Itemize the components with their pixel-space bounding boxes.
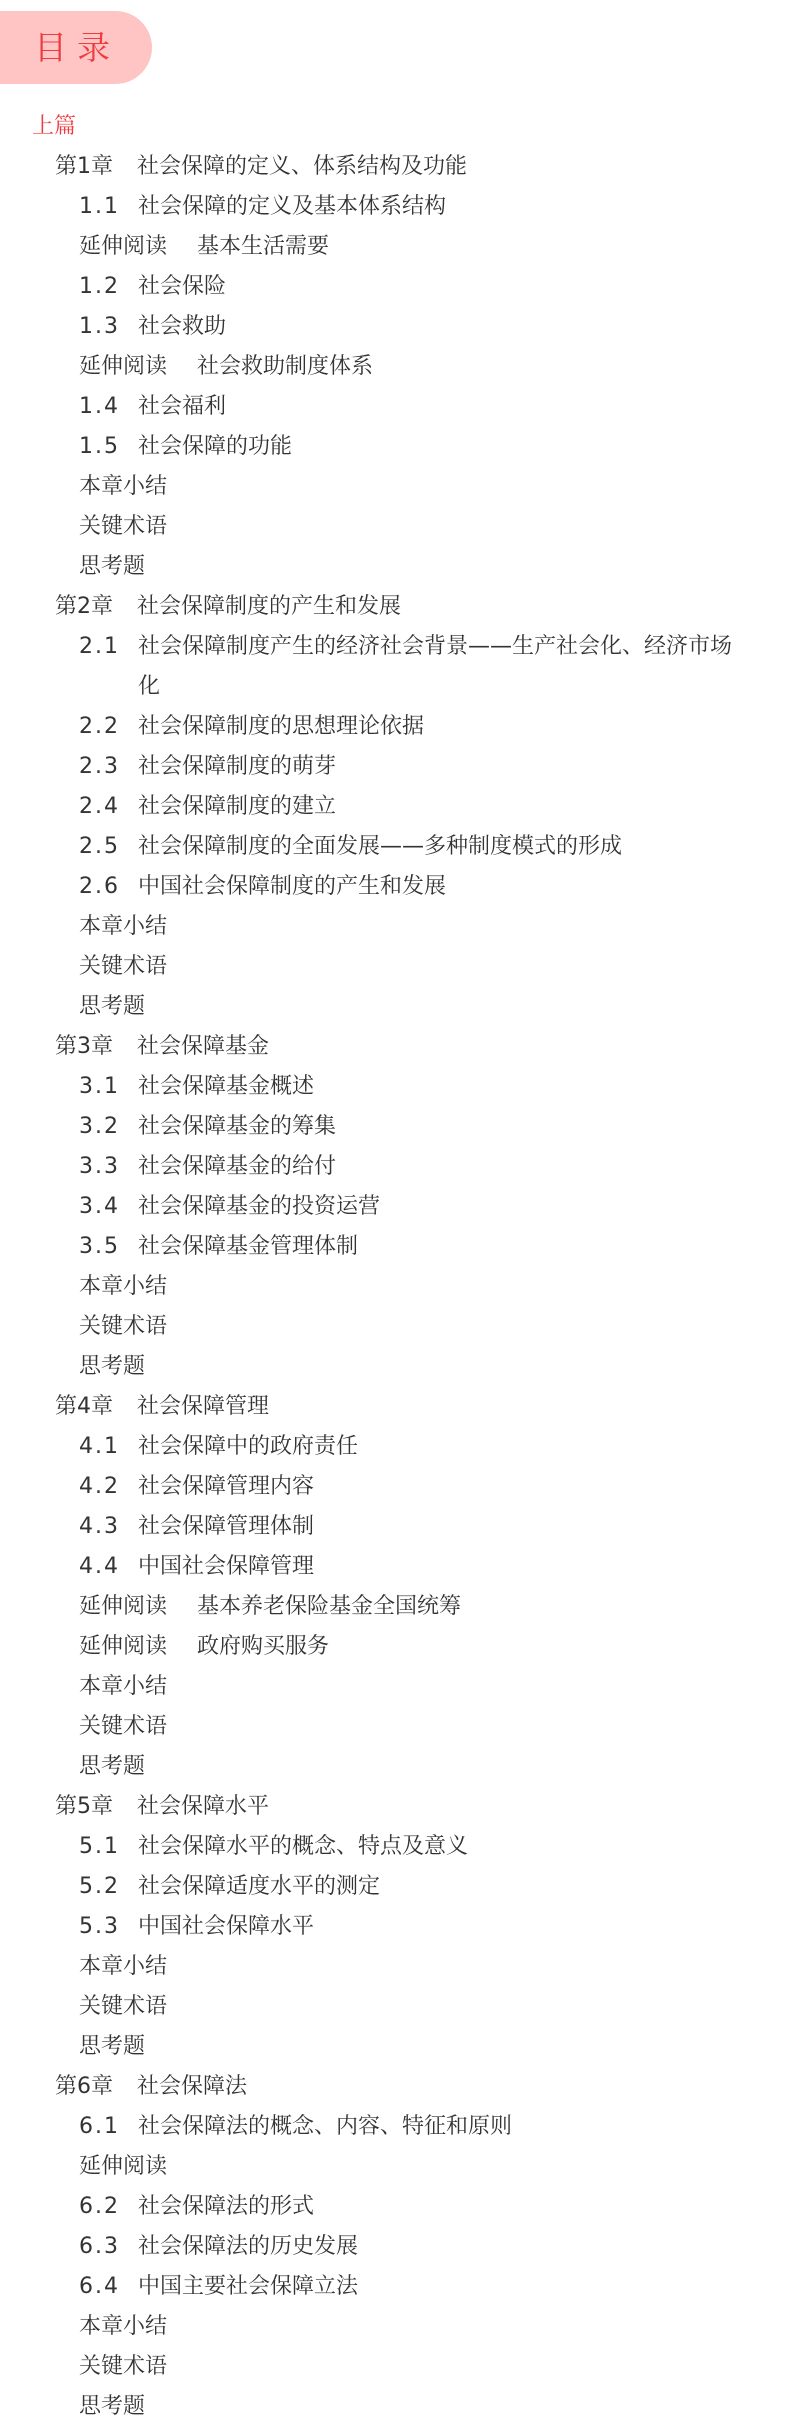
supplement-title: 基本生活需要 xyxy=(197,227,790,267)
toc-supplement[interactable]: 关键术语 xyxy=(0,2347,790,2387)
section-number: 6.2 xyxy=(79,2187,138,2227)
toc-section[interactable]: 1.4社会福利 xyxy=(0,387,790,427)
toc-section[interactable]: 3.3社会保障基金的给付 xyxy=(0,1147,790,1187)
section-number: 3.5 xyxy=(79,1227,138,1267)
section-number: 2.1 xyxy=(79,627,138,667)
chapter-number: 第4章 xyxy=(55,1387,137,1427)
toc-section[interactable]: 2.4社会保障制度的建立 xyxy=(0,787,790,827)
supplement-label: 思考题 xyxy=(79,2027,145,2067)
supplement-label: 关键术语 xyxy=(79,1987,167,2027)
toc-section[interactable]: 4.3社会保障管理体制 xyxy=(0,1507,790,1547)
supplement-label: 关键术语 xyxy=(79,947,167,987)
section-title: 社会保险 xyxy=(138,267,748,307)
section-number: 3.1 xyxy=(79,1067,138,1107)
section-number: 4.1 xyxy=(79,1427,138,1467)
toc-chapter[interactable]: 第2章社会保障制度的产生和发展 xyxy=(0,587,790,627)
supplement-label: 本章小结 xyxy=(79,907,167,947)
toc-section[interactable]: 5.1社会保障水平的概念、特点及意义 xyxy=(0,1827,790,1867)
supplement-label: 本章小结 xyxy=(79,467,167,507)
section-title: 社会保障的功能 xyxy=(138,427,748,467)
toc-supplement[interactable]: 思考题 xyxy=(0,2027,790,2067)
section-title: 社会保障管理内容 xyxy=(138,1467,748,1507)
supplement-label: 思考题 xyxy=(79,987,145,1027)
chapter-title: 社会保障管理 xyxy=(137,1387,747,1427)
section-title: 社会保障法的历史发展 xyxy=(138,2227,748,2267)
section-title: 社会保障基金管理体制 xyxy=(138,1227,748,1267)
section-title: 社会保障的定义及基本体系结构 xyxy=(138,187,748,227)
section-title: 中国社会保障制度的产生和发展 xyxy=(138,867,748,907)
toc-section[interactable]: 1.2社会保险 xyxy=(0,267,790,307)
section-number: 1.1 xyxy=(79,187,138,227)
section-title: 社会保障制度的建立 xyxy=(138,787,748,827)
chapter-number: 第1章 xyxy=(55,147,137,187)
supplement-label: 关键术语 xyxy=(79,1707,167,1747)
toc-supplement[interactable]: 本章小结 xyxy=(0,1947,790,1987)
section-number: 2.2 xyxy=(79,707,138,747)
toc-supplement[interactable]: 本章小结 xyxy=(0,1267,790,1307)
part-label: 上篇 xyxy=(32,107,76,147)
toc-supplement[interactable]: 延伸阅读基本养老保险基金全国统筹 xyxy=(0,1587,790,1627)
section-title: 社会保障基金的给付 xyxy=(138,1147,748,1187)
toc-supplement[interactable]: 思考题 xyxy=(0,547,790,587)
section-number: 2.4 xyxy=(79,787,138,827)
section-title: 社会保障法的概念、内容、特征和原则 xyxy=(138,2107,748,2147)
section-title: 社会保障基金概述 xyxy=(138,1067,748,1107)
section-title: 社会保障制度的萌芽 xyxy=(138,747,748,787)
toc-part-heading[interactable]: 上篇 xyxy=(0,107,790,147)
section-title: 中国主要社会保障立法 xyxy=(138,2267,748,2307)
toc-section[interactable]: 6.2社会保障法的形式 xyxy=(0,2187,790,2227)
supplement-label: 本章小结 xyxy=(79,1947,167,1987)
toc-section[interactable]: 3.4社会保障基金的投资运营 xyxy=(0,1187,790,1227)
section-number: 2.3 xyxy=(79,747,138,787)
section-number: 4.2 xyxy=(79,1467,138,1507)
supplement-title: 政府购买服务 xyxy=(197,1627,790,1667)
section-title: 社会保障基金的投资运营 xyxy=(138,1187,748,1227)
section-title: 社会保障中的政府责任 xyxy=(138,1427,748,1467)
toc-section[interactable]: 5.3中国社会保障水平 xyxy=(0,1907,790,1947)
section-number: 1.2 xyxy=(79,267,138,307)
toc-section[interactable]: 2.1社会保障制度产生的经济社会背景——生产社会化、经济市场化 xyxy=(0,627,790,707)
toc-section[interactable]: 5.2社会保障适度水平的测定 xyxy=(0,1867,790,1907)
toc-section[interactable]: 3.2社会保障基金的筹集 xyxy=(0,1107,790,1147)
supplement-label: 延伸阅读 xyxy=(79,1627,197,1667)
toc-supplement[interactable]: 关键术语 xyxy=(0,1987,790,2027)
toc-supplement[interactable]: 关键术语 xyxy=(0,947,790,987)
toc-chapter[interactable]: 第5章社会保障水平 xyxy=(0,1787,790,1827)
toc-chapter[interactable]: 第6章社会保障法 xyxy=(0,2067,790,2107)
toc-section[interactable]: 3.5社会保障基金管理体制 xyxy=(0,1227,790,1267)
toc-section[interactable]: 6.3社会保障法的历史发展 xyxy=(0,2227,790,2267)
section-title: 社会保障法的形式 xyxy=(138,2187,748,2227)
section-number: 2.5 xyxy=(79,827,138,867)
section-title: 中国社会保障管理 xyxy=(138,1547,748,1587)
supplement-label: 关键术语 xyxy=(79,507,167,547)
toc-section[interactable]: 2.5社会保障制度的全面发展——多种制度模式的形成 xyxy=(0,827,790,867)
toc-section[interactable]: 1.1社会保障的定义及基本体系结构 xyxy=(0,187,790,227)
supplement-label: 思考题 xyxy=(79,1347,145,1387)
supplement-label: 延伸阅读 xyxy=(79,1587,197,1627)
section-number: 1.5 xyxy=(79,427,138,467)
chapter-title: 社会保障制度的产生和发展 xyxy=(137,587,747,627)
supplement-label: 关键术语 xyxy=(79,2347,167,2387)
toc-section[interactable]: 6.4中国主要社会保障立法 xyxy=(0,2267,790,2307)
supplement-label: 本章小结 xyxy=(79,1667,167,1707)
toc-chapter[interactable]: 第3章社会保障基金 xyxy=(0,1027,790,1067)
section-title: 社会保障制度的思想理论依据 xyxy=(138,707,748,747)
toc-supplement[interactable]: 延伸阅读政府购买服务 xyxy=(0,1627,790,1667)
section-number: 3.2 xyxy=(79,1107,138,1147)
toc-section[interactable]: 2.6中国社会保障制度的产生和发展 xyxy=(0,867,790,907)
toc-section[interactable]: 3.1社会保障基金概述 xyxy=(0,1067,790,1107)
toc-supplement[interactable]: 本章小结 xyxy=(0,1667,790,1707)
section-title: 中国社会保障水平 xyxy=(138,1907,748,1947)
toc-chapter[interactable]: 第4章社会保障管理 xyxy=(0,1387,790,1427)
section-number: 6.1 xyxy=(79,2107,138,2147)
section-number: 5.1 xyxy=(79,1827,138,1867)
section-title: 社会保障制度的全面发展——多种制度模式的形成 xyxy=(138,827,748,867)
toc-title-banner: 目录 xyxy=(0,11,152,84)
toc-supplement[interactable]: 思考题 xyxy=(0,2387,790,2427)
toc-supplement[interactable]: 思考题 xyxy=(0,1747,790,1787)
toc-section[interactable]: 6.1社会保障法的概念、内容、特征和原则 xyxy=(0,2107,790,2147)
toc-section[interactable]: 2.3社会保障制度的萌芽 xyxy=(0,747,790,787)
toc-section[interactable]: 4.4中国社会保障管理 xyxy=(0,1547,790,1587)
supplement-label: 本章小结 xyxy=(79,1267,167,1307)
supplement-label: 关键术语 xyxy=(79,1307,167,1347)
section-number: 2.6 xyxy=(79,867,138,907)
toc-section[interactable]: 4.2社会保障管理内容 xyxy=(0,1467,790,1507)
toc-supplement[interactable]: 延伸阅读社会救助制度体系 xyxy=(0,347,790,387)
section-title: 社会保障管理体制 xyxy=(138,1507,748,1547)
supplement-label: 思考题 xyxy=(79,2387,145,2427)
supplement-label: 思考题 xyxy=(79,547,145,587)
section-title: 社会保障水平的概念、特点及意义 xyxy=(138,1827,748,1867)
section-number: 5.2 xyxy=(79,1867,138,1907)
chapter-title: 社会保障法 xyxy=(137,2067,747,2107)
section-number: 1.4 xyxy=(79,387,138,427)
toc-supplement[interactable]: 关键术语 xyxy=(0,1307,790,1347)
section-number: 5.3 xyxy=(79,1907,138,1947)
supplement-label: 延伸阅读 xyxy=(79,227,197,267)
supplement-title: 基本养老保险基金全国统筹 xyxy=(197,1587,790,1627)
supplement-title: 社会救助制度体系 xyxy=(197,347,790,387)
toc-section[interactable]: 1.3社会救助 xyxy=(0,307,790,347)
toc-supplement[interactable]: 延伸阅读 xyxy=(0,2147,790,2187)
chapter-number: 第6章 xyxy=(55,2067,137,2107)
toc-supplement[interactable]: 本章小结 xyxy=(0,467,790,507)
page-title: 目录 xyxy=(34,11,120,84)
toc-supplement[interactable]: 本章小结 xyxy=(0,907,790,947)
toc-supplement[interactable]: 本章小结 xyxy=(0,2307,790,2347)
section-number: 4.4 xyxy=(79,1547,138,1587)
toc-section[interactable]: 1.5社会保障的功能 xyxy=(0,427,790,467)
section-number: 6.3 xyxy=(79,2227,138,2267)
section-title: 社会福利 xyxy=(138,387,748,427)
table-of-contents: 上篇 第1章社会保障的定义、体系结构及功能1.1社会保障的定义及基本体系结构延伸… xyxy=(0,107,790,2427)
chapter-number: 第2章 xyxy=(55,587,137,627)
section-number: 1.3 xyxy=(79,307,138,347)
chapter-title: 社会保障水平 xyxy=(137,1787,747,1827)
toc-supplement[interactable]: 关键术语 xyxy=(0,1707,790,1747)
supplement-label: 延伸阅读 xyxy=(79,347,197,387)
toc-section[interactable]: 2.2社会保障制度的思想理论依据 xyxy=(0,707,790,747)
chapter-title: 社会保障基金 xyxy=(137,1027,747,1067)
supplement-label: 思考题 xyxy=(79,1747,145,1787)
supplement-label: 延伸阅读 xyxy=(79,2147,167,2187)
section-title: 社会保障适度水平的测定 xyxy=(138,1867,748,1907)
chapter-number: 第5章 xyxy=(55,1787,137,1827)
toc-chapter[interactable]: 第1章社会保障的定义、体系结构及功能 xyxy=(0,147,790,187)
section-title: 社会保障制度产生的经济社会背景——生产社会化、经济市场化 xyxy=(138,627,748,707)
chapter-number: 第3章 xyxy=(55,1027,137,1067)
toc-section[interactable]: 4.1社会保障中的政府责任 xyxy=(0,1427,790,1467)
toc-supplement[interactable]: 关键术语 xyxy=(0,507,790,547)
section-title: 社会救助 xyxy=(138,307,748,347)
toc-supplement[interactable]: 思考题 xyxy=(0,987,790,1027)
section-number: 3.3 xyxy=(79,1147,138,1187)
supplement-label: 本章小结 xyxy=(79,2307,167,2347)
toc-supplement[interactable]: 思考题 xyxy=(0,1347,790,1387)
section-number: 6.4 xyxy=(79,2267,138,2307)
chapter-title: 社会保障的定义、体系结构及功能 xyxy=(137,147,747,187)
section-number: 3.4 xyxy=(79,1187,138,1227)
section-number: 4.3 xyxy=(79,1507,138,1547)
toc-supplement[interactable]: 延伸阅读基本生活需要 xyxy=(0,227,790,267)
section-title: 社会保障基金的筹集 xyxy=(138,1107,748,1147)
